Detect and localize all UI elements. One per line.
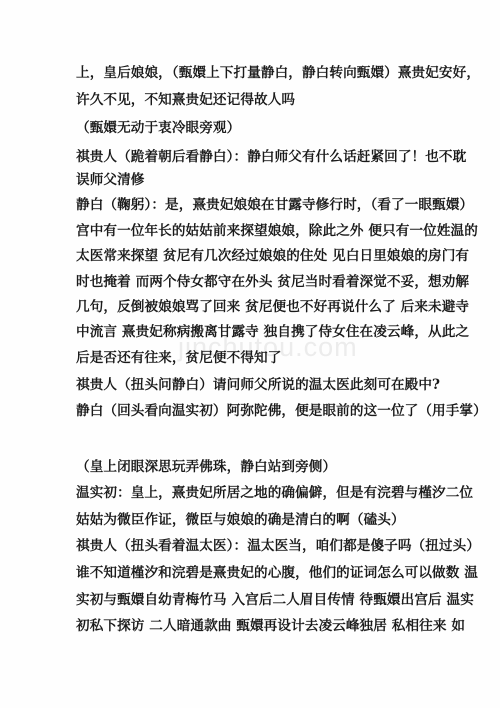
text-line: 宫中有一位年长的姑姑前来探望娘娘，除此之外 便只有一位姓温的 <box>76 222 496 240</box>
text-line: 中流言 熹贵妃称病搬离甘露寺 独自携了侍女住在凌云峰，从此之 <box>76 323 496 341</box>
text-line: 误师父清修 <box>76 171 496 189</box>
dialogue-line: 祺贵人（跪着朝后看静白）：静白师父有什么话赶紧回了！也不耽 <box>76 148 496 166</box>
text-line: 后是否还有往来，贫尼便不得知了 <box>76 349 496 367</box>
text-line: 几句，反倒被娘娘骂了回来 贫尼便也不好再说什么了 后来未避寺 <box>76 298 496 316</box>
text-line: 时也掩着 而两个侍女都守在外头 贫尼当时看着深觉不妥，想劝解 <box>76 273 496 291</box>
text-line: 姑姑为微臣作证，微臣与娘娘的确是清白的啊（磕头） <box>76 511 496 529</box>
text-line: 谁不知道槿汐和浣碧是熹贵妃的心腹，他们的证词怎么可以做数 温 <box>76 564 496 582</box>
stage-direction-line: （皇上闭眼深思玩弄佛珠，静白站到旁侧） <box>76 458 496 476</box>
text-line: 太医常来探望 贫尼有几次经过娘娘的住处 见白日里娘娘的房门有 <box>76 247 496 265</box>
stage-direction-line: （甄嬛无动于衷冷眼旁观） <box>76 119 496 137</box>
text-line: 上，皇后娘娘，（甄嬛上下打量静白，静白转向甄嬛）熹贵妃安好， <box>76 64 496 82</box>
document-page: jinchutou.com 上，皇后娘娘，（甄嬛上下打量静白，静白转向甄嬛）熹贵… <box>0 0 500 708</box>
dialogue-line: 静白（鞠躬）：是，熹贵妃娘娘在甘露寺修行时，（看了一眼甄嬛） <box>76 196 496 214</box>
text-line: 实初与甄嬛自幼青梅竹马 入宫后二人眉目传情 待甄嬛出宫后 温实 <box>76 591 496 609</box>
dialogue-line: 祺贵人（扭头问静白）请问师父所说的温太医此刻可在殿中? <box>76 376 496 394</box>
text-line: 许久不见，不知熹贵妃还记得故人吗 <box>76 91 496 109</box>
dialogue-line: 静白（回头看向温实初）阿弥陀佛，便是眼前的这一位了（用手掌） <box>76 402 496 420</box>
text-line: 初私下探访 二人暗通款曲 甄嬛再设计去凌云峰独居 私相往来 如 <box>76 617 496 635</box>
dialogue-line: 温实初：皇上，熹贵妃所居之地的确偏僻，但是有浣碧与槿汐二位 <box>76 484 496 502</box>
dialogue-line: 祺贵人（扭头看着温太医）：温太医当，咱们都是傻子吗（扭过头） <box>76 537 496 555</box>
